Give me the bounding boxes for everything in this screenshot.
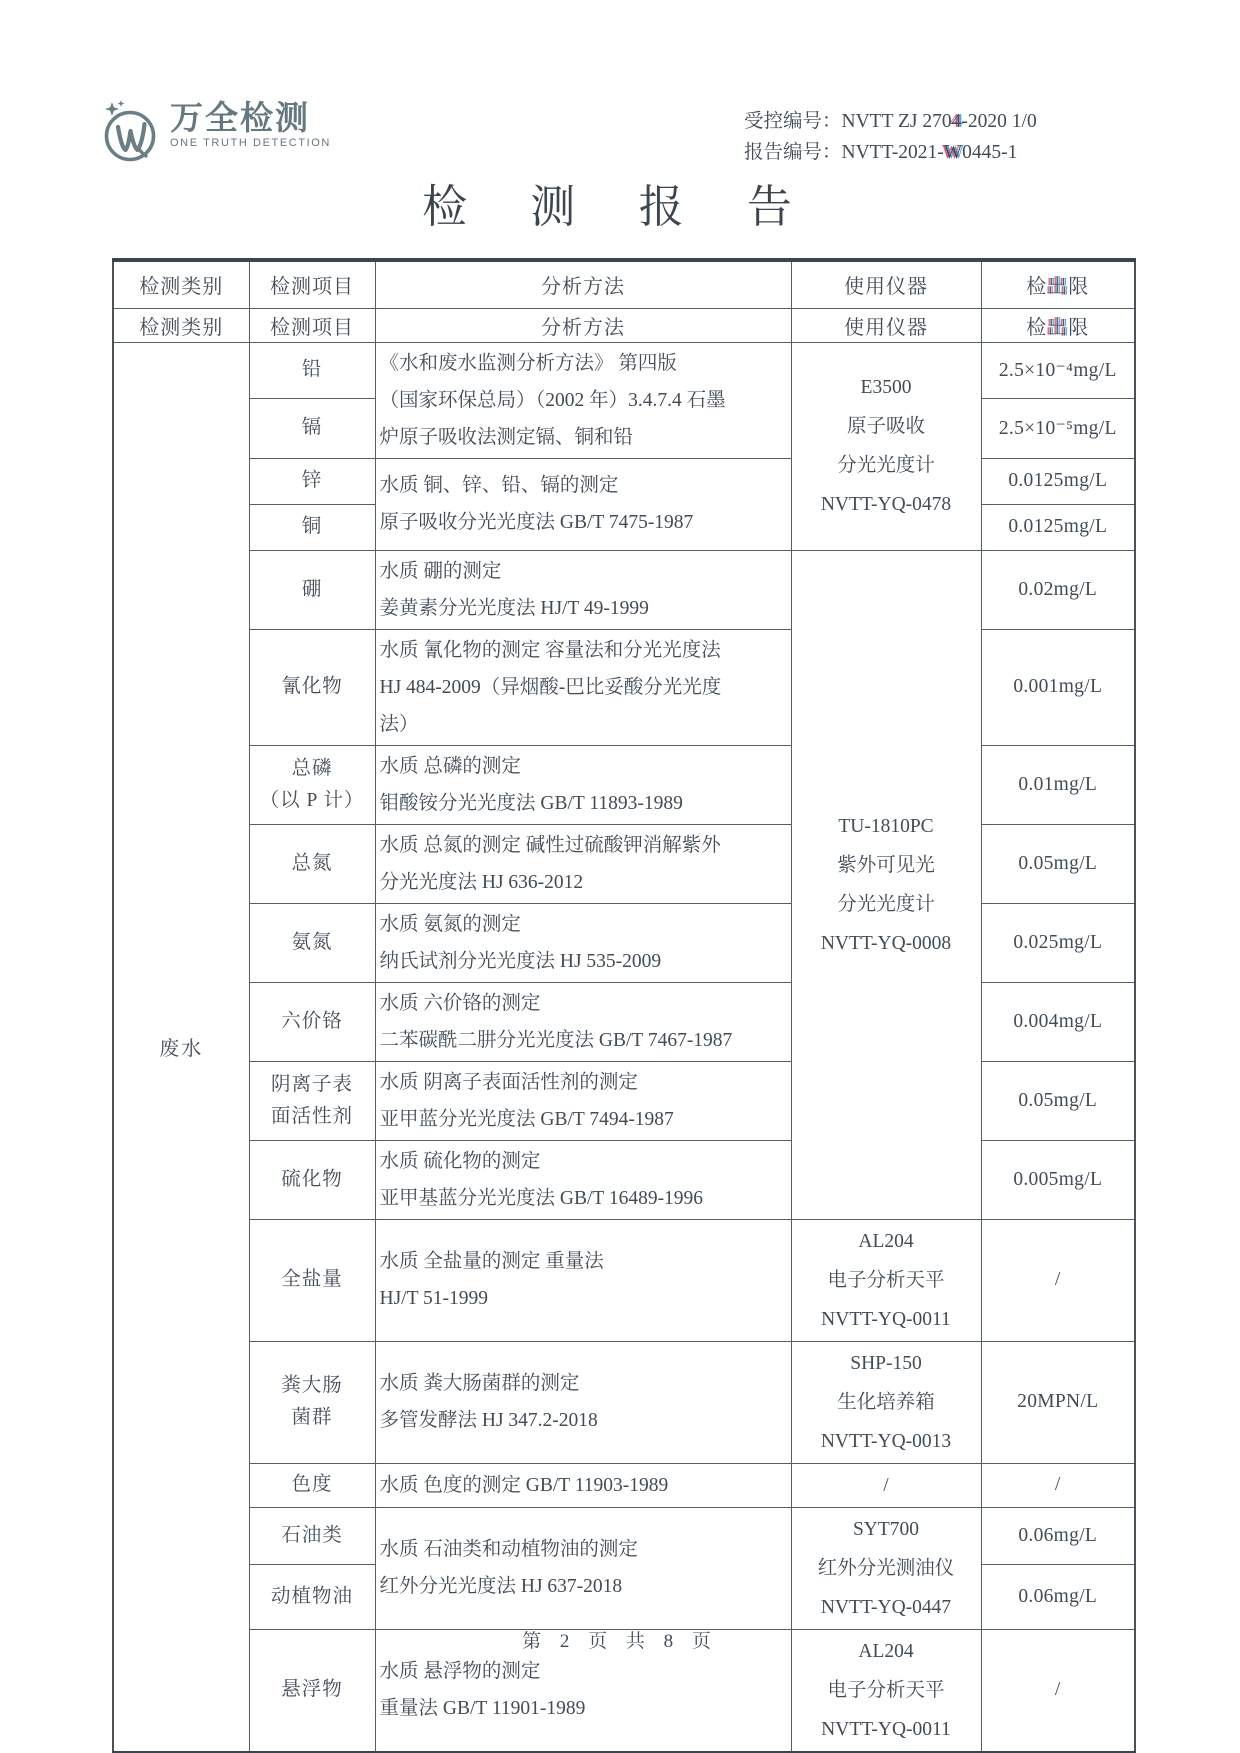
logo-company-name: 万全检测: [170, 99, 310, 136]
report-table-body: 检测类别检测项目分析方法使用仪器检出限检测类别检测项目分析方法使用仪器检出限废水…: [113, 260, 1135, 1753]
method-cell: 水质 石油类和动植物油的测定红外分光光度法 HJ 637-2018: [375, 1507, 791, 1629]
table-row: 硼水质 硼的测定姜黄素分光光度法 HJ/T 49-1999TU-1810PC紫外…: [113, 550, 1135, 629]
column-header: 检测项目: [249, 308, 375, 342]
table-row: 氨氮水质 氨氮的测定纳氏试剂分光光度法 HJ 535-20090.025mg/L: [113, 903, 1135, 982]
category-cell: 废水: [113, 342, 249, 1753]
table-row: 六价铬水质 六价铬的测定二苯碳酰二肼分光光度法 GB/T 7467-19870.…: [113, 982, 1135, 1061]
limit-cell: 0.05mg/L: [981, 824, 1135, 903]
method-cell: 水质 氰化物的测定 容量法和分光光度法HJ 484-2009（异烟酸-巴比妥酸分…: [375, 629, 791, 745]
logo-w-circle-icon: [98, 100, 160, 169]
item-cell: 硫化物: [249, 1140, 375, 1219]
table-row: 锌水质 铜、锌、铅、镉的测定原子吸收分光光度法 GB/T 7475-19870.…: [113, 458, 1135, 504]
limit-cell: 0.06mg/L: [981, 1565, 1135, 1629]
item-cell: 镉: [249, 399, 375, 458]
item-cell: 氨氮: [249, 903, 375, 982]
item-cell: 总氮: [249, 824, 375, 903]
limit-cell: 0.02mg/L: [981, 550, 1135, 629]
instrument-cell: SYT700红外分光测油仪NVTT-YQ-0447: [791, 1507, 981, 1629]
table-row: 色度水质 色度的测定 GB/T 11903-1989//: [113, 1463, 1135, 1507]
method-cell: 水质 阴离子表面活性剂的测定亚甲蓝分光光度法 GB/T 7494-1987: [375, 1061, 791, 1140]
item-cell: 硼: [249, 550, 375, 629]
method-cell: 水质 总磷的测定钼酸铵分光光度法 GB/T 11893-1989: [375, 745, 791, 824]
limit-cell: 20MPN/L: [981, 1341, 1135, 1463]
method-cell: 水质 总氮的测定 碱性过硫酸钾消解紫外分光光度法 HJ 636-2012: [375, 824, 791, 903]
limit-cell: 2.5×10⁻⁴mg/L: [981, 342, 1135, 399]
method-cell: 水质 硼的测定姜黄素分光光度法 HJ/T 49-1999: [375, 550, 791, 629]
item-cell: 粪大肠菌群: [249, 1341, 375, 1463]
table-row: 粪大肠菌群水质 粪大肠菌群的测定多管发酵法 HJ 347.2-2018SHP-1…: [113, 1341, 1135, 1463]
column-header: 检测类别: [113, 260, 249, 308]
table-row: 全盐量水质 全盐量的测定 重量法HJ/T 51-1999AL204电子分析天平N…: [113, 1219, 1135, 1341]
column-header: 检测类别: [113, 308, 249, 342]
method-cell: 水质 粪大肠菌群的测定多管发酵法 HJ 347.2-2018: [375, 1341, 791, 1463]
table-row: 阴离子表面活性剂水质 阴离子表面活性剂的测定亚甲蓝分光光度法 GB/T 7494…: [113, 1061, 1135, 1140]
page-number: 第 2 页 共 8 页: [0, 1626, 1240, 1653]
limit-cell: 0.001mg/L: [981, 629, 1135, 745]
report-table: 检测类别检测项目分析方法使用仪器检出限检测类别检测项目分析方法使用仪器检出限废水…: [112, 258, 1136, 1753]
method-cell: 水质 全盐量的测定 重量法HJ/T 51-1999: [375, 1219, 791, 1341]
table-row: 总磷（以 P 计）水质 总磷的测定钼酸铵分光光度法 GB/T 11893-198…: [113, 745, 1135, 824]
item-cell: 石油类: [249, 1507, 375, 1565]
report-page: 万全检测 ONE TRUTH DETECTION 受控编号：NVTT ZJ 27…: [0, 0, 1240, 1753]
instrument-cell: /: [791, 1463, 981, 1507]
method-cell: 水质 色度的测定 GB/T 11903-1989: [375, 1463, 791, 1507]
method-cell: 《水和废水监测分析方法》 第四版（国家环保总局）（2002 年）3.4.7.4 …: [375, 342, 791, 458]
document-numbers: 受控编号：NVTT ZJ 2704-2020 1/0 报告编号：NVTT-202…: [744, 106, 1037, 168]
instrument-cell: E3500原子吸收分光光度计NVTT-YQ-0478: [791, 342, 981, 550]
method-cell: 水质 硫化物的测定亚甲基蓝分光光度法 GB/T 16489-1996: [375, 1140, 791, 1219]
limit-cell: 0.0125mg/L: [981, 504, 1135, 550]
column-header-limit: 检出限: [981, 260, 1135, 308]
instrument-cell: SHP-150生化培养箱NVTT-YQ-0013: [791, 1341, 981, 1463]
method-cell: 水质 铜、锌、铅、镉的测定原子吸收分光光度法 GB/T 7475-1987: [375, 458, 791, 550]
limit-cell: /: [981, 1219, 1135, 1341]
limit-cell: 0.06mg/L: [981, 1507, 1135, 1565]
report-number: 报告编号：NVTT-2021-W0445-1: [744, 137, 1037, 168]
column-header: 使用仪器: [791, 260, 981, 308]
instrument-cell: AL204电子分析天平NVTT-YQ-0011: [791, 1219, 981, 1341]
item-cell: 铅: [249, 342, 375, 399]
table-row: 氰化物水质 氰化物的测定 容量法和分光光度法HJ 484-2009（异烟酸-巴比…: [113, 629, 1135, 745]
company-logo: 万全检测 ONE TRUTH DETECTION: [98, 100, 331, 169]
item-cell: 全盐量: [249, 1219, 375, 1341]
limit-cell: /: [981, 1463, 1135, 1507]
table-row: 硫化物水质 硫化物的测定亚甲基蓝分光光度法 GB/T 16489-19960.0…: [113, 1140, 1135, 1219]
item-cell: 动植物油: [249, 1565, 375, 1629]
limit-cell: 2.5×10⁻⁵mg/L: [981, 399, 1135, 458]
instrument-cell: TU-1810PC紫外可见光分光光度计NVTT-YQ-0008: [791, 550, 981, 1219]
limit-cell: 0.025mg/L: [981, 903, 1135, 982]
control-number: 受控编号：NVTT ZJ 2704-2020 1/0: [744, 106, 1037, 137]
item-cell: 色度: [249, 1463, 375, 1507]
logo-tagline: ONE TRUTH DETECTION: [170, 137, 331, 149]
item-cell: 锌: [249, 458, 375, 504]
table-row: 石油类水质 石油类和动植物油的测定红外分光光度法 HJ 637-2018SYT7…: [113, 1507, 1135, 1565]
limit-cell: 0.05mg/L: [981, 1061, 1135, 1140]
method-cell: 水质 六价铬的测定二苯碳酰二肼分光光度法 GB/T 7467-1987: [375, 982, 791, 1061]
column-header-limit: 检出限: [981, 308, 1135, 342]
limit-cell: 0.01mg/L: [981, 745, 1135, 824]
item-cell: 铜: [249, 504, 375, 550]
column-header: 分析方法: [375, 308, 791, 342]
item-cell: 六价铬: [249, 982, 375, 1061]
table-row: 废水铅《水和废水监测分析方法》 第四版（国家环保总局）（2002 年）3.4.7…: [113, 342, 1135, 399]
item-cell: 总磷（以 P 计）: [249, 745, 375, 824]
method-cell: 水质 氨氮的测定纳氏试剂分光光度法 HJ 535-2009: [375, 903, 791, 982]
column-header: 检测项目: [249, 260, 375, 308]
limit-cell: 0.005mg/L: [981, 1140, 1135, 1219]
limit-cell: 0.004mg/L: [981, 982, 1135, 1061]
table-row: 总氮水质 总氮的测定 碱性过硫酸钾消解紫外分光光度法 HJ 636-20120.…: [113, 824, 1135, 903]
column-header: 分析方法: [375, 260, 791, 308]
page-title: 检 测 报 告: [0, 170, 1240, 235]
column-header: 使用仪器: [791, 308, 981, 342]
item-cell: 阴离子表面活性剂: [249, 1061, 375, 1140]
item-cell: 氰化物: [249, 629, 375, 745]
limit-cell: 0.0125mg/L: [981, 458, 1135, 504]
